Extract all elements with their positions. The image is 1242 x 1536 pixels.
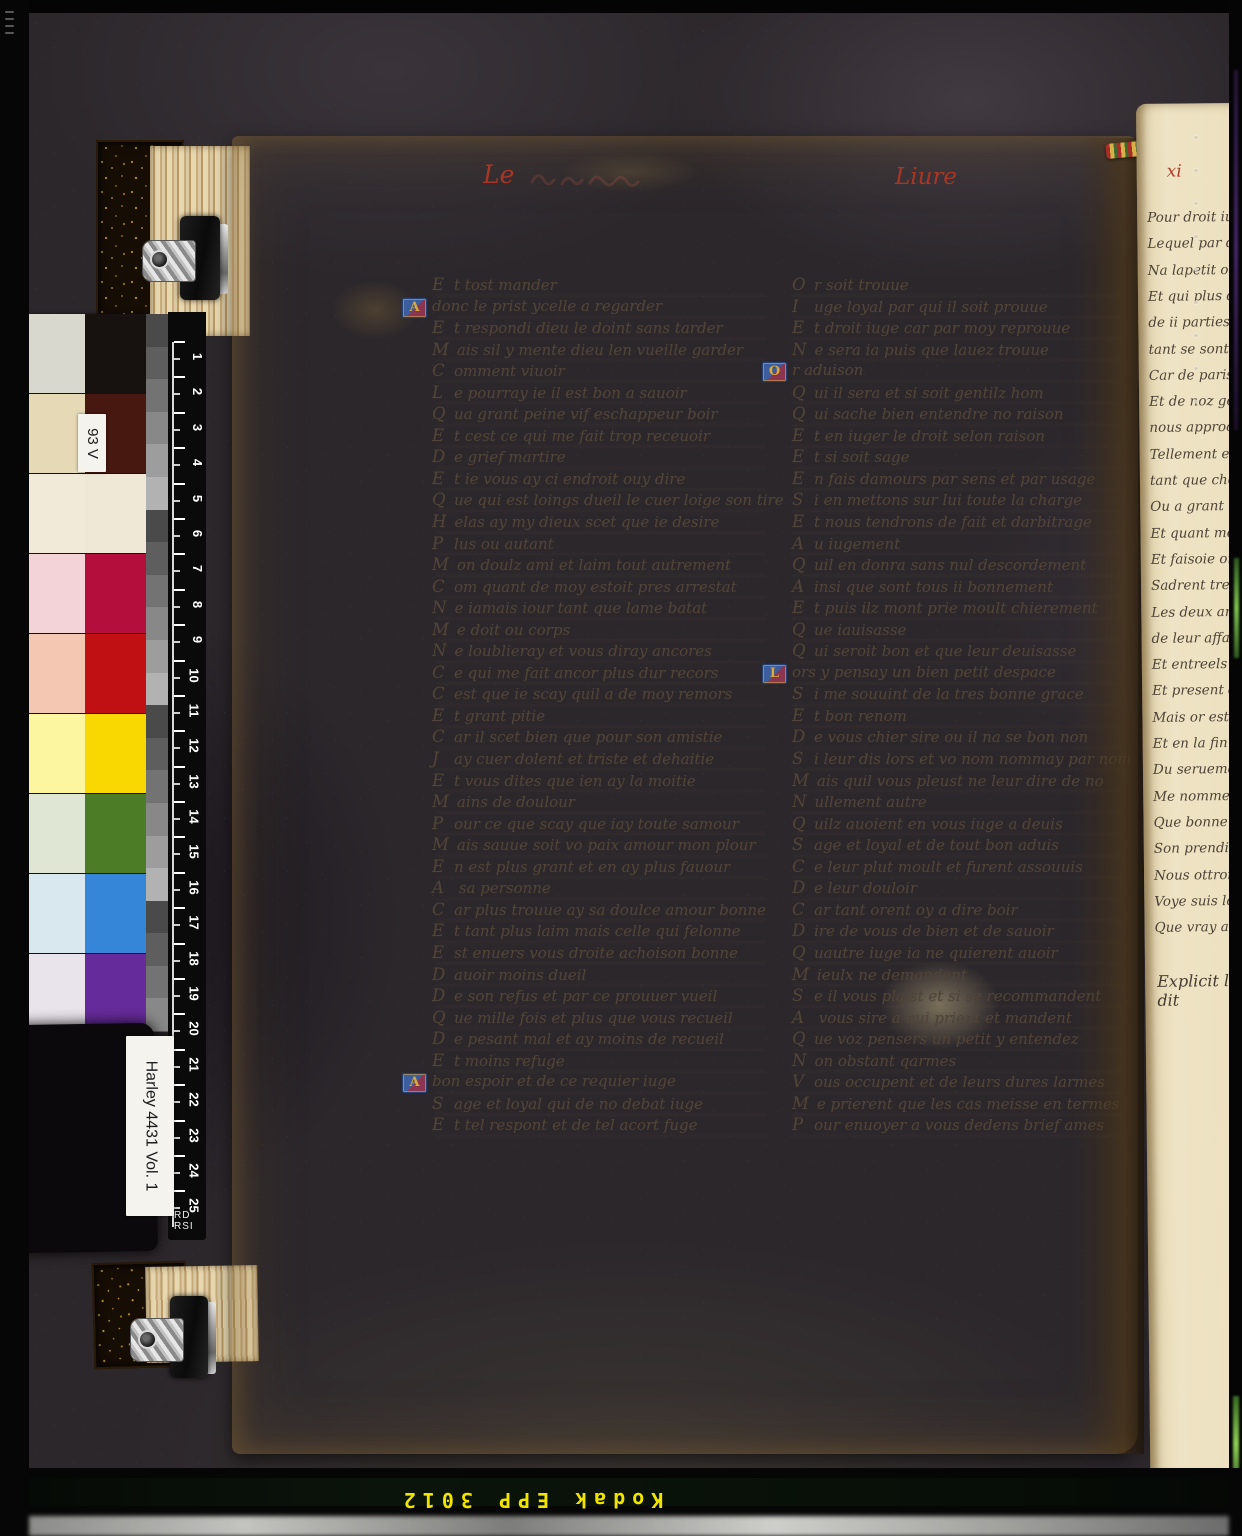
ruler-tick-cell: 6 xyxy=(172,519,204,554)
color-chart-row xyxy=(25,954,146,1034)
ruler-tick-cell: 11 xyxy=(172,696,204,731)
line-text: ay cuer dolent et triste et dehaitie xyxy=(454,750,714,768)
line-initial-letter: H xyxy=(432,511,446,533)
gray-step xyxy=(146,966,169,999)
edge-glint-dot xyxy=(1194,169,1198,172)
color-patch-tint xyxy=(25,874,85,953)
line-text: t vous dites que ien ay la moitie xyxy=(454,772,696,790)
manuscript-line: Abon espoir et de ce requier iuge xyxy=(432,1071,784,1093)
manuscript-line: Jay cuer dolent et triste et dehaitie xyxy=(432,748,784,770)
film-frame-top xyxy=(0,0,1242,13)
illuminated-initial: A xyxy=(402,298,427,318)
line-text: ous occupent et de leurs dures larmes xyxy=(814,1073,1105,1091)
color-patch-tint xyxy=(25,474,85,553)
gray-step xyxy=(146,412,169,445)
line-text: ais sauue soit vo paix amour mon plour xyxy=(457,836,756,854)
manuscript-line: Que mille fois et plus que vous recueil xyxy=(432,1007,784,1029)
line-text: ue qui est loings dueil le cuer loige so… xyxy=(454,491,784,509)
line-initial-letter: M xyxy=(792,1093,809,1115)
edge-glint-dot xyxy=(1194,202,1198,205)
line-text: e pesant mal et ay moins de recueil xyxy=(454,1030,724,1048)
line-text: e doit ou corps xyxy=(457,621,570,639)
ruler-tick-cell: 9 xyxy=(172,625,204,660)
gray-step xyxy=(146,575,169,608)
line-initial-letter: C xyxy=(432,899,446,921)
manuscript-line: De son refus et par ce prouuer vueil xyxy=(432,985,784,1007)
line-initial-letter: C xyxy=(792,899,806,921)
color-patch-tint xyxy=(25,794,85,873)
line-initial-letter: E xyxy=(432,1114,446,1136)
line-text: on obstant qarmes xyxy=(814,1052,956,1070)
line-text: e son refus et par ce prouuer vueil xyxy=(454,987,717,1005)
line-text: e grief martire xyxy=(454,448,566,466)
line-text: i en mettons sur lui toute la charge xyxy=(814,491,1082,509)
gray-step xyxy=(146,510,169,543)
color-patch-solid xyxy=(85,874,146,953)
line-initial-letter: S xyxy=(792,985,806,1007)
manuscript-line: Et cest ce qui me fait trop receuoir xyxy=(432,425,784,447)
line-text: ui seroit bon et que leur deuisasse xyxy=(814,642,1076,660)
manuscript-line: Ne iamais iour tant que lame batat xyxy=(432,597,784,619)
line-initial-letter: Q xyxy=(792,942,806,964)
edge-glint-dot xyxy=(1194,301,1198,304)
line-initial-letter: P xyxy=(432,533,446,555)
line-text: r aduison xyxy=(792,361,863,379)
line-text: uil en donra sans nul descordement xyxy=(814,556,1086,574)
line-text: t ie vous ay ci endroit ouy dire xyxy=(454,470,685,488)
line-text: e vous chier sire ou il na se bon non xyxy=(814,728,1088,746)
ruler-tick-cell: 3 xyxy=(172,413,204,448)
line-initial-letter: C xyxy=(432,726,446,748)
line-initial-letter: N xyxy=(432,597,446,619)
manuscript-line: De pesant mal et ay moins de recueil xyxy=(432,1028,784,1050)
gray-step xyxy=(146,477,169,510)
ruler-tick-cell: 15 xyxy=(172,837,204,872)
line-initial-letter: E xyxy=(792,446,806,468)
ruler-number: 24 xyxy=(186,1163,201,1177)
line-initial-letter: Q xyxy=(792,403,806,425)
clip-lever-hole xyxy=(150,250,169,269)
gray-step xyxy=(146,347,169,380)
line-initial-letter: E xyxy=(432,1050,446,1072)
folio-number-text: 93 V xyxy=(84,428,101,459)
illuminated-initial: O xyxy=(762,362,787,382)
line-text: on doulz ami et laim tout autrement xyxy=(457,556,731,574)
line-text: uilz auoient en vous iuge a deuis xyxy=(814,815,1063,833)
ruler-number: 10 xyxy=(186,668,201,682)
gray-step xyxy=(146,770,169,803)
line-initial-letter: Q xyxy=(432,1007,446,1029)
manuscript-line: Comment viuoir xyxy=(432,360,784,382)
recto-fragment-line: Pour droit iuger xyxy=(1147,209,1242,226)
line-text: donc le prist ycelle a regarder xyxy=(432,297,662,315)
manuscript-line: Helas ay my dieux scet que ie desire xyxy=(432,511,784,533)
line-text: ains de doulour xyxy=(457,793,575,811)
ruler-number: 8 xyxy=(190,601,205,608)
line-text: auoir moins dueil xyxy=(454,966,586,984)
recto-fragment-line: tant se sont no xyxy=(1148,340,1242,357)
ruler-tick-cell: 20 xyxy=(172,1014,204,1049)
color-patch-tint xyxy=(25,714,85,793)
running-header-right: Liure xyxy=(895,164,957,190)
edge-glint-dot xyxy=(1194,367,1198,370)
recto-folio-number: xi xyxy=(1167,162,1182,182)
line-initial-letter: D xyxy=(792,726,806,748)
line-text: age et loyal et de tout bon aduis xyxy=(814,836,1059,854)
line-text: e iamais iour tant que lame batat xyxy=(454,599,707,617)
gray-step xyxy=(146,803,169,836)
line-initial-letter: S xyxy=(432,1093,446,1115)
film-frame-left xyxy=(0,0,29,1536)
shelfmark-label: Harley 4431 Vol. 1 xyxy=(126,1036,174,1216)
manuscript-line: Mais sil y mente dieu len vueille garder xyxy=(432,339,784,361)
line-text: est que ie scay quil a de moy remors xyxy=(454,685,732,703)
manuscript-line: Car plus trouue ay sa doulce amour bonne xyxy=(432,899,784,921)
faded-rubric-mark xyxy=(528,164,668,194)
manuscript-line: A sa personne xyxy=(432,877,784,899)
line-text: ors y pensay un bien petit despace xyxy=(792,663,1056,681)
line-initial-letter: D xyxy=(792,920,806,942)
line-text: e sera ia puis que lauez trouue xyxy=(814,341,1048,359)
line-initial-letter: E xyxy=(432,317,446,339)
ruler-tick-cell: 10 xyxy=(172,661,204,696)
ruler-number: 1 xyxy=(190,353,205,360)
ruler-number: 21 xyxy=(186,1057,201,1071)
line-text: i me souuint de la tres bonne grace xyxy=(814,685,1084,703)
ruler-tick-cell: 7 xyxy=(172,554,204,589)
line-initial-letter: E xyxy=(432,468,446,490)
line-initial-letter: N xyxy=(432,640,446,662)
line-initial-letter: A xyxy=(792,576,806,598)
color-patch-solid xyxy=(85,634,146,713)
line-initial-letter: E xyxy=(432,942,446,964)
line-text: n fais damours par sens et par usage xyxy=(814,470,1095,488)
manuscript-line: Com quant de moy estoit pres arrestat xyxy=(432,576,784,598)
ruler-tick-cell: 12 xyxy=(172,731,204,766)
line-text: ar il scet bien que pour son amistie xyxy=(454,728,722,746)
line-initial-letter: S xyxy=(792,834,806,856)
manuscript-line: Car il scet bien que pour son amistie xyxy=(432,726,784,748)
manuscript-photograph: Le Liure Et tost manderAdonc le prist yc… xyxy=(0,0,1242,1536)
illuminated-initial: A xyxy=(402,1073,427,1093)
line-initial-letter: O xyxy=(792,274,806,296)
color-chart-row xyxy=(25,314,146,394)
line-initial-letter: C xyxy=(432,576,446,598)
line-initial-letter: Q xyxy=(432,403,446,425)
gray-step xyxy=(146,738,169,771)
manuscript-line: Et tant plus laim mais celle qui felonne xyxy=(432,920,784,942)
color-patch-solid xyxy=(85,954,146,1033)
manuscript-line: Mains de doulour xyxy=(432,791,784,813)
line-text: e prierent que les cas meisse en termes xyxy=(817,1095,1120,1113)
line-text: ire de vous de bien et de sauoir xyxy=(814,922,1054,940)
line-text: uautre iuge ia ne quierent auoir xyxy=(814,944,1058,962)
ruler-tick-cell: 2 xyxy=(172,377,204,412)
edge-glint-dot xyxy=(1194,400,1198,403)
running-header-left: Le xyxy=(483,160,514,189)
manuscript-line: Le pourray ie il est bon a sauoir xyxy=(432,382,784,404)
manuscript-line: Plus ou autant xyxy=(432,533,784,555)
line-text: e qui me fait ancor plus dur recors xyxy=(454,664,718,682)
manuscript-line: Mais sauue soit vo paix amour mon plour xyxy=(432,834,784,856)
line-text: u iugement xyxy=(814,535,900,553)
manuscript-line: De grief martire xyxy=(432,446,784,468)
gutter-shadow xyxy=(1078,138,1144,1454)
gray-step xyxy=(146,868,169,901)
line-initial-letter: M xyxy=(432,339,449,361)
line-text: lus ou autant xyxy=(454,535,554,553)
gray-step xyxy=(146,836,169,869)
color-chart-row xyxy=(25,714,146,794)
line-initial-letter: Q xyxy=(792,813,806,835)
line-text: t tost mander xyxy=(454,276,557,294)
recto-fragment-line: de ii parties xyxy=(1148,314,1230,331)
line-text: elas ay my dieux scet que ie desire xyxy=(454,513,719,531)
line-initial-letter: D xyxy=(432,985,446,1007)
line-initial-letter: E xyxy=(432,705,446,727)
ruler-tick-cell: 22 xyxy=(172,1085,204,1120)
gray-step xyxy=(146,379,169,412)
line-initial-letter: S xyxy=(792,489,806,511)
folio-number-label: 93 V xyxy=(78,414,106,472)
illuminated-initial: L xyxy=(762,664,787,684)
ruler-tick-cell: 13 xyxy=(172,767,204,802)
color-patch-tint xyxy=(25,314,85,393)
line-initial-letter: J xyxy=(432,748,446,770)
ruler-number: 18 xyxy=(186,951,201,965)
ruler-number: 2 xyxy=(190,388,205,395)
line-text: t tel respont et de tel acort fuge xyxy=(454,1116,698,1134)
line-initial-letter: N xyxy=(792,791,806,813)
line-text: ue voz pensers un petit y entendez xyxy=(814,1030,1079,1048)
ruler-tick-cell: 18 xyxy=(172,944,204,979)
line-text: e leur plut moult et furent assouuis xyxy=(814,858,1083,876)
ruler-number: 17 xyxy=(186,916,201,930)
ruler-number: 3 xyxy=(190,424,205,431)
manuscript-line: En est plus grant et en ay plus fauour xyxy=(432,856,784,878)
line-initial-letter: Q xyxy=(792,554,806,576)
ruler-number: 16 xyxy=(186,880,201,894)
ruler-tick-cell: 24 xyxy=(172,1156,204,1191)
line-initial-letter: M xyxy=(432,554,449,576)
scan-light-leak xyxy=(29,1516,1229,1536)
ruler-tick-cell: 1 xyxy=(172,342,204,377)
color-patch-solid xyxy=(85,474,146,553)
color-chart-row xyxy=(25,554,146,634)
line-text: bon espoir et de ce requier iuge xyxy=(432,1072,676,1090)
manuscript-line: Adonc le prist ycelle a regarder xyxy=(432,296,784,318)
ruler-number: 11 xyxy=(187,704,202,718)
line-text: our enuoyer a vous dedens brief ames xyxy=(814,1116,1104,1134)
manuscript-line: Et vous dites que ien ay la moitie xyxy=(432,770,784,792)
manuscript-line: Qua grant peine vif eschappeur boir xyxy=(432,403,784,425)
ruler-tick-cell: 8 xyxy=(172,590,204,625)
line-text: ua grant peine vif eschappeur boir xyxy=(454,405,718,423)
manuscript-line: Dauoir moins dueil xyxy=(432,964,784,986)
ruler-number: 5 xyxy=(190,494,205,501)
manuscript-line: Cest que ie scay quil a de moy remors xyxy=(432,683,784,705)
edge-glint-dot xyxy=(1194,334,1198,337)
line-initial-letter: D xyxy=(432,1028,446,1050)
ruler-number: 22 xyxy=(186,1092,201,1106)
line-initial-letter: E xyxy=(792,705,806,727)
ruler-tick-cell: 14 xyxy=(172,802,204,837)
ruler-tick-cell: 23 xyxy=(172,1121,204,1156)
line-text: t nous tendrons de fait et darbitrage xyxy=(814,513,1092,531)
line-initial-letter: E xyxy=(792,468,806,490)
line-text: ais sil y mente dieu len vueille garder xyxy=(457,341,743,359)
line-text: ui sache bien entendre no raison xyxy=(814,405,1064,423)
line-text: t respondi dieu le doint sans tarder xyxy=(454,319,723,337)
color-patch-tint xyxy=(25,554,85,633)
ruler-number: 19 xyxy=(186,986,201,1000)
gray-step xyxy=(146,314,169,347)
line-initial-letter: D xyxy=(432,964,446,986)
line-text: ar plus trouue ay sa doulce amour bonne xyxy=(454,901,766,919)
manuscript-line: Mon doulz ami et laim tout autrement xyxy=(432,554,784,576)
line-text: e leur douloir xyxy=(814,879,917,897)
ruler-footer-label: RD RSI xyxy=(174,1210,206,1232)
line-initial-letter: S xyxy=(792,683,806,705)
line-initial-letter: V xyxy=(792,1071,806,1093)
line-text: ui il sera et si soit gentilz hom xyxy=(814,384,1044,402)
line-text: t cest ce qui me fait trop receuoir xyxy=(454,427,710,445)
ruler-tick-cell: 16 xyxy=(172,873,204,908)
color-patch-tint xyxy=(25,394,85,473)
line-text: n est plus grant et en ay plus fauour xyxy=(454,858,730,876)
manuscript-line: Et moins refuge xyxy=(432,1050,784,1072)
gray-step xyxy=(146,640,169,673)
recto-fragment-line: Son prendis xyxy=(1154,840,1236,857)
line-text: uge loyal par qui il soit prouue xyxy=(814,298,1048,316)
line-text: t tant plus laim mais celle qui felonne xyxy=(454,922,741,940)
ruler-tick-cell: 19 xyxy=(172,979,204,1014)
recto-text-fragments: Pour droit iugerLequel par droitNa lapet… xyxy=(1136,103,1236,104)
manuscript-line: Et respondi dieu le doint sans tarder xyxy=(432,317,784,339)
line-text: ue mille fois et plus que vous recueil xyxy=(454,1009,733,1027)
line-initial-letter: M xyxy=(432,619,449,641)
ruler-tick-cell: 4 xyxy=(172,448,204,483)
line-text: our ce que scay que iay toute samour xyxy=(454,815,739,833)
line-text: r soit trouue xyxy=(814,276,909,294)
line-initial-letter: I xyxy=(792,296,806,318)
line-initial-letter: N xyxy=(792,339,806,361)
line-initial-letter: E xyxy=(792,597,806,619)
line-initial-letter: D xyxy=(792,877,806,899)
color-patch-solid xyxy=(85,794,146,873)
ruler-tick-cell: 21 xyxy=(172,1050,204,1085)
ruler-scale: 1234567891011121314151617181920212223242… xyxy=(172,342,204,1227)
line-initial-letter: Q xyxy=(792,382,806,404)
line-initial-letter: S xyxy=(792,748,806,770)
line-initial-letter: M xyxy=(432,834,449,856)
line-initial-letter: A xyxy=(792,533,806,555)
gray-step xyxy=(146,444,169,477)
ruler-tick-cell: 5 xyxy=(172,484,204,519)
line-initial-letter: Q xyxy=(432,489,446,511)
manuscript-line: Pour ce que scay que iay toute samour xyxy=(432,813,784,835)
manuscript-line: Ce qui me fait ancor plus dur recors xyxy=(432,662,784,684)
line-text: e il vous plaist et si se recommandent xyxy=(814,987,1101,1005)
text-column-1: Et tost manderAdonc le prist ycelle a re… xyxy=(432,274,784,1136)
line-initial-letter: E xyxy=(432,920,446,942)
edge-glint-dot xyxy=(1194,235,1198,238)
line-initial-letter: Q xyxy=(792,619,806,641)
line-text: e loublieray et vous diray ancores xyxy=(454,642,711,660)
recto-fragment-line: Et en la fin xyxy=(1153,735,1228,752)
line-initial-letter: P xyxy=(432,813,446,835)
color-chart-row xyxy=(25,474,146,554)
line-initial-letter: M xyxy=(432,791,449,813)
color-patch-tint xyxy=(25,634,85,713)
color-patch-solid xyxy=(85,714,146,793)
line-initial-letter: E xyxy=(432,856,446,878)
line-text: ar tant orent oy a dire boir xyxy=(814,901,1018,919)
gray-step xyxy=(146,607,169,640)
line-text: t grant pitie xyxy=(454,707,545,725)
line-text: sa personne xyxy=(454,879,551,897)
line-initial-letter: D xyxy=(432,446,446,468)
line-initial-letter: C xyxy=(432,360,446,382)
manuscript-page-recto-edge: xi Pour droit iugerLequel par droitNa la… xyxy=(1136,103,1242,1478)
ruler-number: 14 xyxy=(186,809,201,823)
manuscript-line: Ne loublieray et vous diray ancores xyxy=(432,640,784,662)
color-patch-tint xyxy=(25,954,85,1033)
line-initial-letter: L xyxy=(432,382,446,404)
color-chart-row xyxy=(25,634,146,714)
line-initial-letter: E xyxy=(792,317,806,339)
gray-step xyxy=(146,933,169,966)
edge-glint-dot xyxy=(1194,136,1198,139)
line-text: t moins refuge xyxy=(454,1052,565,1070)
ruler-number: 4 xyxy=(190,459,205,466)
line-text: ieulx ne demandent xyxy=(817,966,967,984)
manuscript-line: Me doit ou corps xyxy=(432,619,784,641)
line-text: t en iuger le droit selon raison xyxy=(814,427,1045,445)
line-text: e pourray ie il est bon a sauoir xyxy=(454,384,687,402)
line-initial-letter: E xyxy=(432,274,446,296)
line-text: omment viuoir xyxy=(454,362,565,380)
manuscript-line: Que qui est loings dueil le cuer loige s… xyxy=(432,489,784,511)
film-edge-purple-sliver xyxy=(1234,70,1238,430)
line-initial-letter: N xyxy=(792,1050,806,1072)
line-initial-letter: E xyxy=(432,770,446,792)
line-text: t bon renom xyxy=(814,707,907,725)
manuscript-line: Et ie vous ay ci endroit ouy dire xyxy=(432,468,784,490)
manuscript-line: Est enuers vous droite achoison bonne xyxy=(432,942,784,964)
line-text: ullement autre xyxy=(814,793,926,811)
ruler-number: 20 xyxy=(186,1022,201,1036)
line-initial-letter: C xyxy=(792,856,806,878)
manuscript-line: Et tost mander xyxy=(432,274,784,296)
line-initial-letter: E xyxy=(792,425,806,447)
gray-step xyxy=(146,673,169,706)
line-initial-letter: M xyxy=(792,770,809,792)
ruler-number: 7 xyxy=(190,565,205,572)
grayscale-step-strip xyxy=(146,314,169,1032)
gray-step xyxy=(146,901,169,934)
line-initial-letter: E xyxy=(432,425,446,447)
manuscript-line: Et grant pitie xyxy=(432,705,784,727)
line-text: t droit iuge car par moy reprouue xyxy=(814,319,1070,337)
line-text: insi que sont tous ii bonnement xyxy=(814,578,1053,596)
ruler-tick-cell: 17 xyxy=(172,908,204,943)
line-text: age et loyal qui de no debat iuge xyxy=(454,1095,703,1113)
manuscript-line: Sage et loyal qui de no debat iuge xyxy=(432,1093,784,1115)
line-text: vous sire a qui prient et mandent xyxy=(814,1009,1072,1027)
line-text: t puis ilz mont prie moult chierement xyxy=(814,599,1098,617)
color-chart-row xyxy=(25,874,146,954)
